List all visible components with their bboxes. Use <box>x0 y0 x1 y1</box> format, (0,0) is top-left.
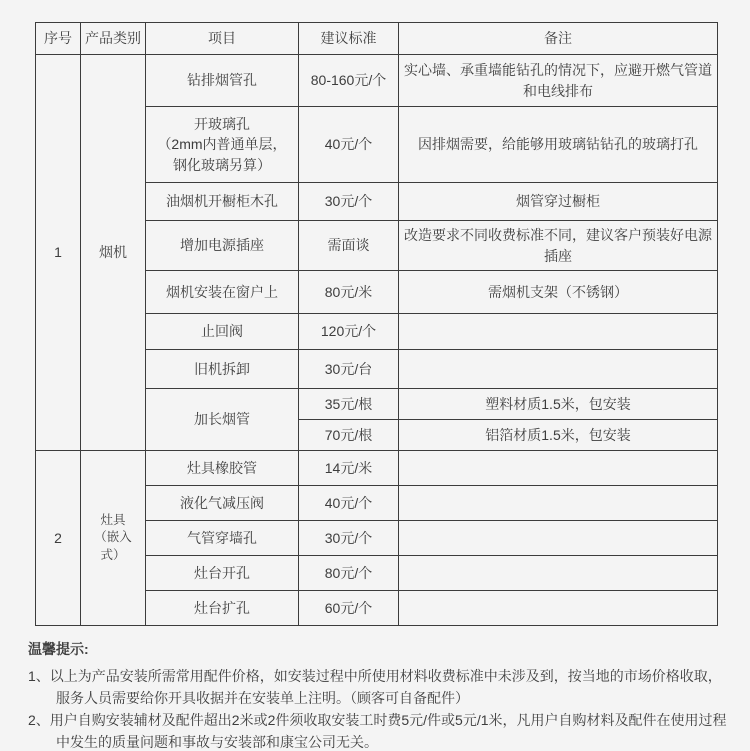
cell-price: 40元/个 <box>299 486 399 521</box>
cell-item: 止回阀 <box>146 314 299 350</box>
cell-price: 70元/根 <box>299 420 399 451</box>
cell-note <box>399 314 718 350</box>
cell-section-no: 1 <box>36 55 81 451</box>
header-note: 备注 <box>399 23 718 55</box>
note-item-1: 1、以上为产品安装所需常用配件价格，如安装过程中所使用材料收费标准中未涉及到，按… <box>28 665 734 709</box>
cell-note: 烟管穿过橱柜 <box>399 183 718 221</box>
cell-price: 30元/台 <box>299 350 399 389</box>
table-row: 1 烟机 钻排烟管孔 80-160元/个 实心墙、承重墙能钻孔的情况下，应避开燃… <box>36 55 718 107</box>
cell-price: 35元/根 <box>299 389 399 420</box>
notes-section: 温馨提示: 1、以上为产品安装所需常用配件价格，如安装过程中所使用材料收费标准中… <box>28 638 734 751</box>
cell-note <box>399 591 718 626</box>
header-item: 项目 <box>146 23 299 55</box>
cell-item: 加长烟管 <box>146 389 299 451</box>
cell-price: 120元/个 <box>299 314 399 350</box>
cell-note <box>399 486 718 521</box>
cell-note <box>399 521 718 556</box>
cell-item: 灶台开孔 <box>146 556 299 591</box>
cell-note: 塑料材质1.5米，包安装 <box>399 389 718 420</box>
page: 序号 产品类别 项目 建议标准 备注 1 烟机 钻排烟管孔 80-160元/个 … <box>0 0 750 751</box>
header-category: 产品类别 <box>81 23 146 55</box>
header-price: 建议标准 <box>299 23 399 55</box>
cell-item: 灶台扩孔 <box>146 591 299 626</box>
cell-price: 30元/个 <box>299 521 399 556</box>
cell-item: 灶具橡胶管 <box>146 451 299 486</box>
cell-note <box>399 556 718 591</box>
cell-note <box>399 451 718 486</box>
cell-note: 实心墙、承重墙能钻孔的情况下，应避开燃气管道和电线排布 <box>399 55 718 107</box>
cell-note <box>399 350 718 389</box>
cell-price: 80元/米 <box>299 271 399 314</box>
note-item-2: 2、用户自购安装辅材及配件超出2米或2件须收取安装工时费5元/件或5元/1米，凡… <box>28 709 734 751</box>
header-seq: 序号 <box>36 23 81 55</box>
cell-price: 80-160元/个 <box>299 55 399 107</box>
cell-note: 需烟机支架（不锈钢） <box>399 271 718 314</box>
cell-price: 需面谈 <box>299 221 399 271</box>
cell-price: 14元/米 <box>299 451 399 486</box>
notes-title: 温馨提示: <box>28 638 734 660</box>
cell-item: 烟机安装在窗户上 <box>146 271 299 314</box>
cell-section-category: 灶具 （嵌入式） <box>81 451 146 626</box>
header-row: 序号 产品类别 项目 建议标准 备注 <box>36 23 718 55</box>
cell-price: 80元/个 <box>299 556 399 591</box>
cell-note: 因排烟需要，给能够用玻璃钻钻孔的玻璃打孔 <box>399 107 718 183</box>
cell-item: 油烟机开橱柜木孔 <box>146 183 299 221</box>
cell-item: 旧机拆卸 <box>146 350 299 389</box>
cell-item: 液化气减压阀 <box>146 486 299 521</box>
table-row: 2 灶具 （嵌入式） 灶具橡胶管 14元/米 <box>36 451 718 486</box>
cell-price: 30元/个 <box>299 183 399 221</box>
cell-section-no: 2 <box>36 451 81 626</box>
cell-note: 铝箔材质1.5米，包安装 <box>399 420 718 451</box>
cell-note: 改造要求不同收费标准不同，建议客户预装好电源插座 <box>399 221 718 271</box>
cell-price: 60元/个 <box>299 591 399 626</box>
cell-section-category: 烟机 <box>81 55 146 451</box>
cell-item: 钻排烟管孔 <box>146 55 299 107</box>
cell-item: 开玻璃孔 （2mm内普通单层， 钢化玻璃另算） <box>146 107 299 183</box>
cell-item: 增加电源插座 <box>146 221 299 271</box>
cell-item: 气管穿墙孔 <box>146 521 299 556</box>
installation-price-table: 序号 产品类别 项目 建议标准 备注 1 烟机 钻排烟管孔 80-160元/个 … <box>35 22 718 626</box>
cell-price: 40元/个 <box>299 107 399 183</box>
